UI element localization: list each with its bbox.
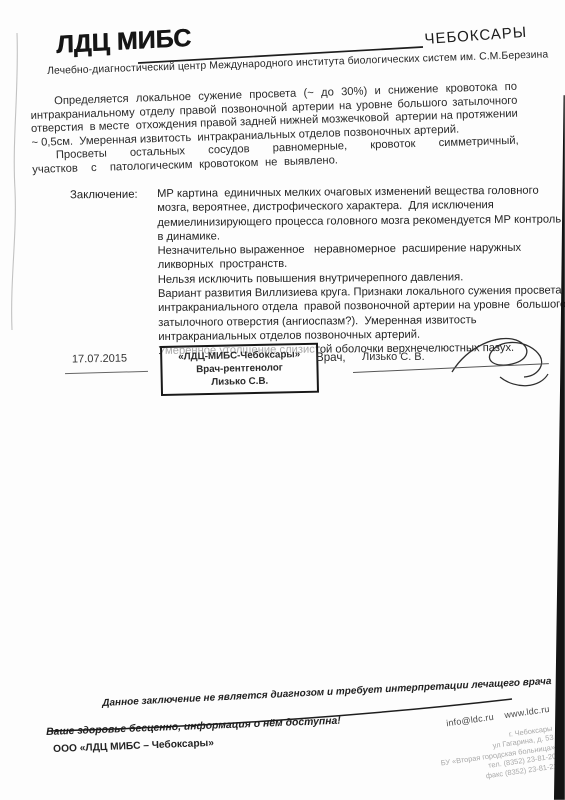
- stamp-line-name: Лизько С.В.: [167, 374, 313, 390]
- footer-slogan: Ваше здоровье бесценно, информация о нём…: [46, 716, 341, 738]
- conclusion-text: МР картина единичных мелких очаговых изм…: [157, 183, 565, 358]
- signature-underline: [353, 363, 549, 373]
- footer-company-name: ООО «ЛДЦ МИБС – Чебоксары»: [53, 738, 214, 755]
- conclusion-label: Заключение:: [70, 189, 138, 202]
- footer-contacts: info@ldc.ru www.ldc.ru г. Чебоксары ул Г…: [428, 694, 558, 787]
- paper-edge-crease: [12, 33, 18, 330]
- contact-gap: [493, 710, 505, 721]
- scanned-report-page: ЛДЦ МИБС ЧЕБОКСАРЫ Лечебно-диагностическ…: [0, 0, 565, 800]
- report-date: 17.07.2015: [72, 353, 127, 366]
- branch-city-label: ЧЕБОКСАРЫ: [424, 24, 528, 48]
- doctor-stamp: «ЛДЦ-МИБС-Чебоксары» Врач-рентгенолог Ли…: [160, 343, 319, 396]
- doctor-name: Лизько С. В.: [362, 351, 425, 363]
- contact-email: info@ldc.ru: [445, 712, 494, 729]
- findings-section: Определяется локальное сужение просвета …: [30, 81, 519, 178]
- clinic-logo: ЛДЦ МИБС: [56, 24, 191, 60]
- doctor-role-label: Врач,: [316, 351, 346, 364]
- date-underline: [65, 371, 148, 374]
- contact-website: www.ldc.ru: [503, 704, 549, 720]
